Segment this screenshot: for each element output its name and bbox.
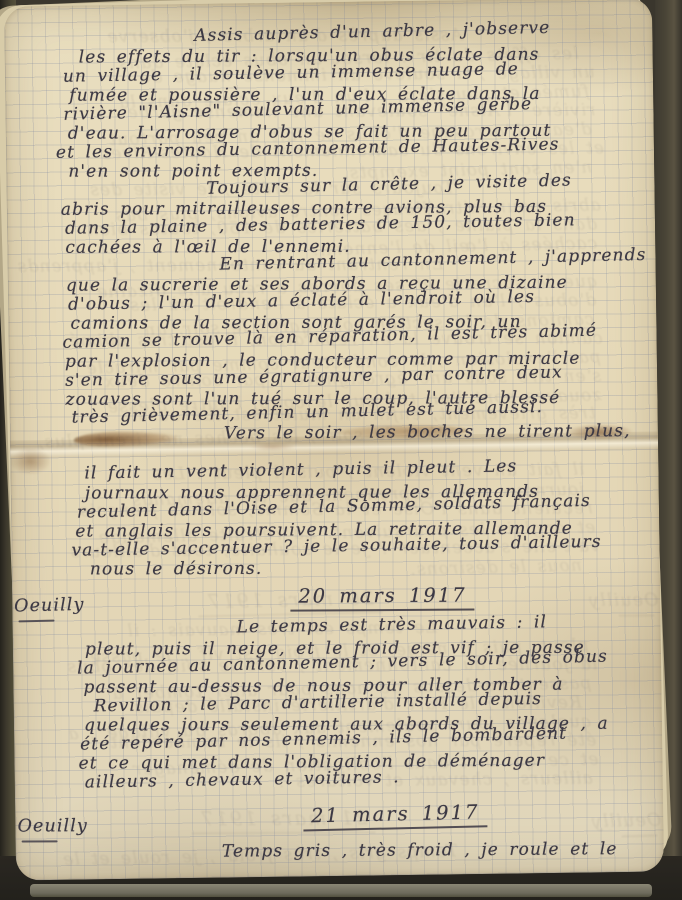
lines-layer: Assis auprès d'un arbre , j'observeles e…	[4, 0, 664, 880]
notebook-cover-cloth-band	[30, 884, 652, 897]
margin-location-note: Oeuilly	[18, 816, 88, 842]
handwriting-line: ailleurs , chevaux et voitures .	[85, 767, 400, 792]
handwriting-line: Vers le soir , les boches ne tirent plus…	[224, 421, 631, 443]
handwriting-line: nous le désirons.	[90, 559, 262, 580]
diary-page: Assis auprès d'un arbre , j'observeles e…	[4, 0, 664, 880]
notebook-scan: Assis auprès d'un arbre , j'observeles e…	[0, 0, 682, 900]
handwriting-line: il fait un vent violent , puis il pleut …	[84, 456, 517, 483]
margin-location-note: Oeuilly	[14, 595, 85, 623]
handwriting-line: Le temps est très mauvais : il	[236, 612, 547, 637]
handwriting-line: Assis auprès d'un arbre , j'observe	[194, 18, 550, 46]
entry-date-heading: 21 mars 1917	[303, 800, 488, 831]
entry-date-heading: 20 mars 1917	[290, 584, 474, 612]
handwriting-line: Temps gris , très froid , je roule et le	[222, 839, 618, 861]
